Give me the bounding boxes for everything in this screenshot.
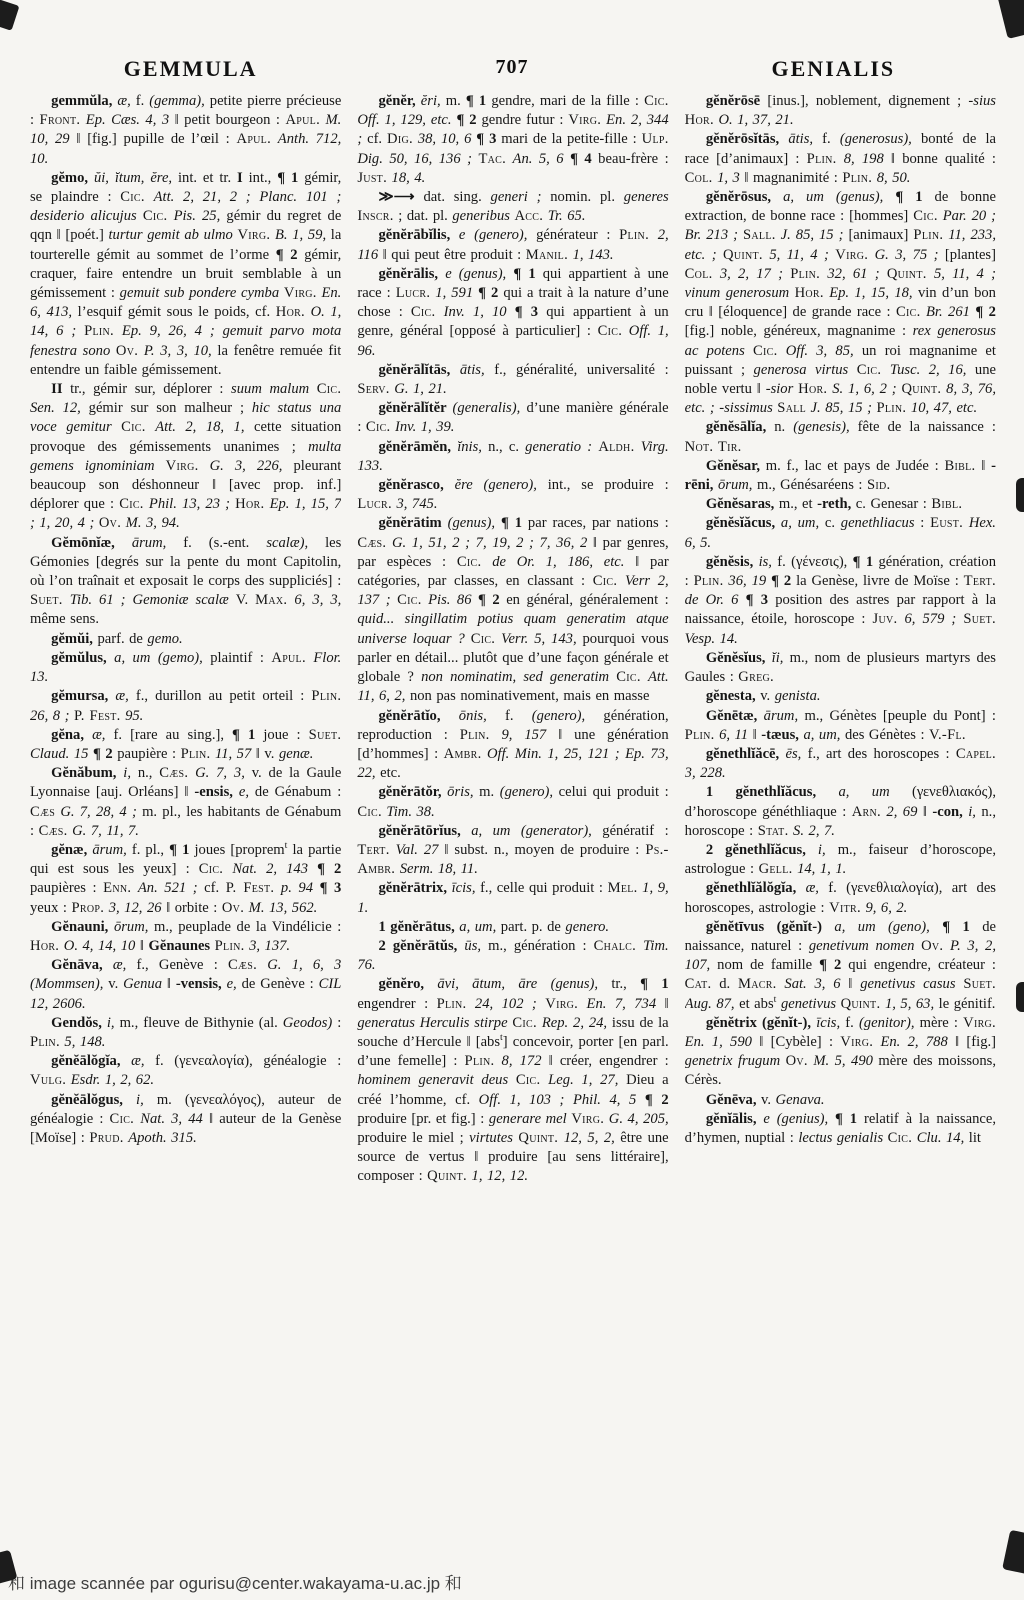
text-segment: ¶ 2 (276, 247, 298, 263)
text-segment: ¶ 1 (232, 727, 255, 743)
text-segment: Cic. (199, 861, 224, 877)
text-segment: G. 7, 28, 4 ; (60, 804, 137, 820)
text-segment: genero. (565, 919, 609, 935)
text-segment: génératif : (592, 823, 669, 839)
text-segment (199, 458, 210, 474)
text-segment: Cic. (512, 1015, 537, 1031)
text-segment: ‖ subst. n., moyen de produire : (438, 842, 645, 858)
text-segment: 24, 102 ; (475, 996, 537, 1012)
text-segment (641, 669, 648, 685)
text-segment: gĕnĕrōsĭtās, (706, 131, 789, 147)
text-segment: S. 1, 6, 2 ; (832, 381, 896, 397)
text-segment: 36, 19 (728, 573, 766, 589)
text-segment: gĕnĕrālis, (378, 266, 445, 282)
text-segment: -vensis, (176, 976, 227, 992)
text-segment: Cic. (119, 496, 144, 512)
text-segment: Tert. (357, 842, 389, 858)
text-segment: Plin. (460, 727, 490, 743)
text-segment: -reth, (817, 496, 851, 512)
text-segment (507, 304, 515, 320)
text-segment: āvi, ātum, āre (genus), (437, 976, 598, 992)
text-segment: generare mel (489, 1111, 571, 1127)
text-segment: Bibl. (945, 458, 976, 474)
text-segment: ¶ 1 (277, 170, 298, 186)
text-segment: Capel. (956, 746, 996, 762)
text-segment: Cæs (30, 804, 55, 820)
text-segment: i, (818, 842, 826, 858)
text-segment: Plin. (790, 266, 820, 282)
text-segment: genista. (775, 688, 821, 704)
text-segment: ‖ (656, 996, 669, 1012)
text-segment: f. (131, 93, 150, 109)
text-segment: Suet. (309, 727, 342, 743)
text-segment: e, (227, 976, 237, 992)
text-segment: 8, 172 (502, 1053, 542, 1069)
text-segment: gĕmursa, (51, 688, 115, 704)
text-segment: Hor. (276, 304, 305, 320)
text-segment: etc. (376, 765, 401, 781)
text-segment: Cic. (397, 592, 422, 608)
text-segment: a, um, (459, 919, 496, 935)
dictionary-entry: gĕnethlĭăcē, ēs, f., art des horoscopes … (685, 745, 996, 783)
text-segment: Virg. (835, 247, 868, 263)
text-segment: a, um, (781, 515, 819, 531)
text-segment: Apul. (271, 650, 306, 666)
text-segment: Virg. (568, 112, 601, 128)
text-segment: Cic. (753, 343, 778, 359)
text-segment: ¶ 1 (501, 515, 522, 531)
text-segment: c. (819, 515, 841, 531)
text-segment: gĕnĕālŏgus, (51, 1092, 136, 1108)
text-segment: Plin. (876, 400, 906, 416)
text-segment: Prud. (89, 1130, 123, 1146)
dictionary-entry: II tr., gémir sur, déplorer : suum malum… (30, 380, 341, 534)
text-segment: gémir sur son malheur ; (81, 400, 252, 416)
text-segment: n., c. (482, 439, 525, 455)
text-segment: ārum, (92, 842, 126, 858)
text-segment: M. 3, 94. (126, 515, 180, 531)
text-segment: ātis, (788, 131, 813, 147)
text-segment: Quint. (841, 996, 881, 1012)
text-segment: gendre futur : (477, 112, 569, 128)
text-segment: f., Genève : (126, 957, 228, 973)
text-segment: f. (γένεσις), (772, 554, 853, 570)
text-segment: Prop. (71, 900, 104, 916)
text-segment (880, 266, 887, 282)
dictionary-entry: gĕnĕro, āvi, ātum, āre (genus), tr., ¶ 1… (357, 975, 668, 1186)
dictionary-page: GEMMULA 707 GENIALIS gemmŭla, æ, f. (gem… (0, 0, 1024, 1600)
dictionary-entry: gĕnĕr, ĕri, m. ¶ 1 gendre, mari de la fi… (357, 92, 668, 188)
dictionary-entry: gĕnĕsālĭa, n. (genesis), fête de la nais… (685, 418, 996, 456)
text-segment: gĕnĕsĭăcus, (706, 515, 781, 531)
text-segment (223, 861, 232, 877)
text-segment: ¶ 2 (456, 112, 476, 128)
text-segment: (genero), (500, 784, 553, 800)
text-segment: Rep. 2, 24, (542, 1015, 607, 1031)
text-segment: i, (107, 1015, 115, 1031)
text-segment: a, um (genus), (783, 189, 883, 205)
text-segment: [plantes] (938, 247, 996, 263)
text-segment: l’esquif gémit sous le poids, cf. (72, 304, 276, 320)
text-segment: Ep. 1, 15, 18, (829, 285, 912, 301)
text-segment: Cic. (857, 362, 882, 378)
text-segment: Sall (777, 400, 806, 416)
text-segment: Plin. (685, 727, 715, 743)
scan-artifact-right-upper (1016, 478, 1024, 512)
text-segment: G. 1, 21. (394, 381, 446, 397)
text-segment: ¶ 2 (317, 861, 341, 877)
text-segment: n. (766, 419, 793, 435)
dictionary-entry: gĕnæ, ārum, f. pl., ¶ 1 joues [propremt … (30, 841, 341, 918)
text-segment: Ov. (786, 1053, 808, 1069)
text-segment: a, um, (803, 727, 840, 743)
text-segment (837, 151, 844, 167)
text-segment: gĕnĕro, (378, 976, 437, 992)
scan-artifact-bottom-left (0, 1550, 18, 1585)
text-segment: S. 2, 7. (793, 823, 835, 839)
text-segment: 95. (125, 708, 143, 724)
text-segment: scalæ), (266, 535, 308, 551)
text-segment: Gĕnauni, (51, 919, 114, 935)
text-segment: Hor. (685, 112, 714, 128)
text-segment: f., généralité, universalité : (485, 362, 669, 378)
text-segment: ¶ 3 (476, 131, 496, 147)
text-segment: Vitr. (829, 900, 861, 916)
text-segment: -tæus, (761, 727, 803, 743)
text-segment: Val. 27 (396, 842, 439, 858)
text-segment: ĕri, (421, 93, 441, 109)
text-segment: Plin. (215, 938, 245, 954)
text-segment (778, 343, 786, 359)
text-segment: ‖ [fig.] pupille de l’œil : (70, 131, 237, 147)
text-segment: Gĕnĕsar, (706, 458, 760, 474)
text-segment: par races, par nations : (522, 515, 669, 531)
text-segment: Chalc. (594, 938, 636, 954)
dictionary-entry: gĕnĕsis, is, f. (γένεσις), ¶ 1 génératio… (685, 553, 996, 649)
text-segment: J. 85, 15 ; (811, 400, 872, 416)
text-segment: p. 94 (281, 880, 313, 896)
text-segment: e (genius), (763, 1111, 828, 1127)
text-segment: f. (γενεαλογία), généalogie : (145, 1053, 342, 1069)
text-segment: yeux : (30, 900, 71, 916)
dictionary-entry: Gendŏs, i, m., fleuve de Bithynie (al. G… (30, 1014, 341, 1052)
text-segment: gĕnæ, (51, 842, 92, 858)
text-segment: Suet. (963, 611, 996, 627)
text-segment: Cic. (121, 419, 146, 435)
text-segment: ‖ (975, 458, 991, 474)
dictionary-entry: gĕmursa, æ, f., durillon au petit orteil… (30, 687, 341, 725)
text-segment: gendre, mari de la fille : (486, 93, 644, 109)
text-segment: Cat. (685, 976, 712, 992)
text-segment: Max. (255, 592, 287, 608)
text-segment: Cic. (913, 208, 938, 224)
text-segment: Suet. (30, 592, 63, 608)
text-segment: Virg. (545, 996, 578, 1012)
text-segment: Col. (685, 170, 713, 186)
text-segment: Virg. (237, 227, 270, 243)
text-segment: M. 5, 490 (813, 1053, 873, 1069)
text-segment (617, 573, 625, 589)
text-segment: et abs (735, 996, 774, 1012)
text-segment: Apul. (285, 112, 320, 128)
text-segment: gĕmŭlus, (51, 650, 114, 666)
text-segment: Plin. (465, 1053, 495, 1069)
text-segment: int. et tr. (172, 170, 237, 186)
text-segment (481, 554, 492, 570)
text-segment: ‖ magnanimité : (740, 170, 842, 186)
scan-artifact-top-right (997, 0, 1024, 39)
text-segment: Plin. (842, 170, 872, 186)
text-segment (578, 996, 586, 1012)
text-segment: gĕnĕrōsē (706, 93, 768, 109)
text-segment: æ, (806, 880, 819, 896)
text-segment: la Genèse, livre de Moïse : (791, 573, 964, 589)
text-segment: Inv. 1, 39. (395, 419, 454, 435)
text-segment: Bibl. (931, 496, 962, 512)
text-segment: Clu. 14, (917, 1130, 965, 1146)
text-segment (883, 189, 895, 205)
text-segment: Cic. (317, 381, 342, 397)
text-segment: Just. (357, 170, 387, 186)
text-segment: genetivus (781, 996, 841, 1012)
text-segment: B. 1, 59, (275, 227, 326, 243)
text-segment: Not. Tir. (685, 439, 742, 455)
text-segment: gĕmo, (51, 170, 94, 186)
text-segment: gĕnethlĭălŏgĭa, (706, 880, 806, 896)
text-segment: m., fleuve de Bithynie (al. (115, 1015, 283, 1031)
text-segment: gemuit sub pondere cymba (120, 285, 284, 301)
text-segment: Virg. (963, 1015, 996, 1031)
text-segment: [inus.], noblement, dignement ; (767, 93, 968, 109)
text-segment: Lucr. (396, 285, 431, 301)
text-segment: celui qui produit : (553, 784, 669, 800)
text-segment: produire [pr. et fig.] : (357, 1111, 489, 1127)
dictionary-entry: Gĕnētæ, ārum, m., Génètes [peuple du Pon… (685, 707, 996, 745)
text-segment: 6, 3, 3, (294, 592, 341, 608)
text-segment: ‖ v. (251, 746, 279, 762)
text-segment: part. p. de (496, 919, 565, 935)
text-segment: ¶ 1 (640, 976, 669, 992)
text-segment: a, um (geno), (834, 919, 929, 935)
text-segment (636, 1092, 645, 1108)
text-segment: ¶ 1 (169, 842, 189, 858)
text-segment: ¶ 1 (466, 93, 486, 109)
text-segment: ārum, (764, 708, 798, 724)
text-segment: genetivus casus (860, 976, 963, 992)
text-segment: Hor. (795, 285, 824, 301)
text-segment: Ambr. (444, 746, 482, 762)
text-segment (76, 323, 84, 339)
text-segment: lectus genialis (798, 1130, 887, 1146)
text-segment: Suet. (963, 976, 996, 992)
text-segment: ŭi, ĭtum, ĕre, (94, 170, 172, 186)
text-segment: īcis, (452, 880, 476, 896)
text-segment: f., durillon au petit orteil : (129, 688, 312, 704)
text-segment: m., peuplade de la Vindélicie : (148, 919, 341, 935)
text-segment: Cic. (896, 304, 921, 320)
text-segment: ūs, (464, 938, 481, 954)
text-segment: ‖ (917, 804, 932, 820)
text-segment: Pis. 86 (428, 592, 471, 608)
text-columns: gemmŭla, æ, f. (gemma), petite pierre pr… (30, 92, 996, 1530)
text-segment: gĕnĕrātrix, (378, 880, 451, 896)
dictionary-entry: gĕnĕrālĭtĕr (generalis), d’une manière g… (357, 399, 668, 437)
text-segment: Gĕnētæ, (706, 708, 764, 724)
text-segment (145, 189, 154, 205)
text-segment: e (genus), (445, 266, 506, 282)
dictionary-entry: gĕmo, ŭi, ĭtum, ĕre, int. et tr. I int.,… (30, 169, 341, 380)
text-segment: Plin. (913, 227, 943, 243)
text-segment: G. 3, 226, (210, 458, 283, 474)
text-segment: i, (136, 1092, 144, 1108)
text-segment: ōrum, (718, 477, 752, 493)
text-segment: Off. 3, 85, (786, 343, 854, 359)
text-segment: suum malum (231, 381, 317, 397)
text-segment: Plin. (311, 688, 341, 704)
text-segment (146, 419, 156, 435)
text-segment: Eust. (930, 515, 963, 531)
dictionary-entry: gĕnĕrālĭtās, ātis, f., généralité, unive… (357, 361, 668, 399)
dictionary-entry: gĕnĕtīvus (gĕnĭt-) a, um (geno), ¶ 1 de … (685, 918, 996, 1014)
text-segment: Cic. (616, 669, 641, 685)
text-segment: nom de famille (710, 957, 819, 973)
text-segment: æ, (115, 688, 128, 704)
text-segment: Tib. 61 ; Gemoniæ scalæ (70, 592, 236, 608)
text-segment: Virg. (571, 1111, 604, 1127)
dictionary-entry: gĕnethlĭălŏgĭa, æ, f. (γενεθλιαλογία), a… (685, 879, 996, 917)
text-segment (494, 1053, 501, 1069)
text-segment (257, 957, 267, 973)
text-segment (540, 1072, 548, 1088)
text-segment: (gemma), (149, 93, 205, 109)
text-segment (649, 227, 658, 243)
text-segment: Cic. (143, 208, 168, 224)
text-segment: ‖ orbite : (162, 900, 222, 916)
text-segment: Quint. (723, 247, 763, 263)
text-segment: e (genero), (459, 227, 528, 243)
text-segment: 1 gĕnĕrātus, (378, 919, 459, 935)
text-segment: genæ. (279, 746, 313, 762)
text-segment: Inscr. (357, 208, 393, 224)
text-segment: Cic. (357, 804, 382, 820)
text-segment: Cic. (110, 1111, 135, 1127)
text-segment: īcis, (816, 1015, 840, 1031)
text-segment: ¶ 2 (478, 592, 500, 608)
text-segment: Cic. (411, 304, 436, 320)
text-segment: 32, 61 ; (827, 266, 879, 282)
text-segment: f., celle qui produit : (475, 880, 607, 896)
text-segment: ‖ (162, 976, 176, 992)
text-segment: An. 521 ; (138, 880, 198, 896)
text-segment: -ensis, (194, 784, 238, 800)
text-segment: ēs, (785, 746, 801, 762)
text-segment (930, 919, 942, 935)
text-segment: ¶ 3 (746, 592, 768, 608)
text-segment: Plin. (30, 1034, 60, 1050)
text-segment: de Genève : (237, 976, 319, 992)
text-segment: Cæs. (357, 535, 386, 551)
text-segment: Att. 2, 18, 1, (155, 419, 244, 435)
text-segment: Cic. (457, 554, 482, 570)
dictionary-entry: gĕnĕrātōrĭus, a, um (generator), générat… (357, 822, 668, 880)
text-segment: Phil. 13, 23 ; (149, 496, 230, 512)
dictionary-entry: Gĕnĕsaras, m., et -reth, c. Genesar : Bi… (685, 495, 996, 514)
text-segment: i, (968, 804, 976, 820)
text-segment: gĕnĕrālĭtās, (378, 362, 459, 378)
text-segment: Sid. (867, 477, 891, 493)
text-segment: 2, 69 (886, 804, 917, 820)
text-segment: gĕnĕsālĭa, (706, 419, 766, 435)
text-segment: is, (759, 554, 772, 570)
text-segment: 1, 143. (573, 247, 614, 263)
text-segment: gĕnesta, (706, 688, 756, 704)
text-segment: gĕnĕrātĭo, (378, 708, 458, 724)
dictionary-entry: gĕnĕrasco, ĕre (genero), int., se produi… (357, 476, 668, 514)
text-segment: Ulp. (642, 131, 669, 147)
text-segment: Cic. (516, 1072, 541, 1088)
text-segment: Tert. (964, 573, 996, 589)
text-segment: Ov. (99, 515, 121, 531)
text-segment: ĭnis, (457, 439, 482, 455)
dictionary-entry: gĕmŭlus, a, um (gemo), plaintif : Apul. … (30, 649, 341, 687)
text-segment: gĕnĕrāmĕn, (378, 439, 457, 455)
text-segment: 1, 591 (435, 285, 473, 301)
text-segment: Apul. (236, 131, 271, 147)
dictionary-entry: gĕnesta, v. genista. (685, 687, 996, 706)
text-segment: n., (131, 765, 159, 781)
dictionary-entry: gĕnĕrātrix, īcis, f., celle qui produit … (357, 879, 668, 917)
text-segment: Serv. (357, 381, 389, 397)
text-segment: Plin. (807, 151, 837, 167)
text-segment: ōris, (447, 784, 473, 800)
text-segment: ‖ qui peut être produit : (378, 247, 526, 263)
text-segment: ¶ 1 (853, 554, 874, 570)
text-segment: Hor. (235, 496, 264, 512)
text-segment: Tac. (478, 151, 506, 167)
text-segment: Cic. (888, 1130, 913, 1146)
text-segment: ¶ 1 (895, 189, 922, 205)
text-segment: Sen. 12, (30, 400, 81, 416)
text-segment: G. 7, 11, 7. (72, 823, 139, 839)
text-segment: Vesp. 14. (685, 631, 738, 647)
text-segment: v. (756, 688, 775, 704)
text-segment: de Génabum : (249, 784, 341, 800)
text-segment: joues [proprem (189, 842, 284, 858)
text-segment: Plin. (694, 573, 724, 589)
text-segment: des Génètes : (840, 727, 929, 743)
text-segment: Quint. (427, 1168, 467, 1184)
text-segment: ‖ (841, 976, 861, 992)
text-segment: Cæs. (159, 765, 188, 781)
text-segment: de Or. 1, 186, etc. (492, 554, 624, 570)
text-segment: 9, 157 (502, 727, 547, 743)
text-segment: Plin. (84, 323, 114, 339)
text-segment: generatio : (525, 439, 592, 455)
text-segment: Gĕmōnĭæ, (51, 535, 132, 551)
text-segment: Claud. 15 (30, 746, 88, 762)
text-segment: 1, 5, 63, (885, 996, 934, 1012)
text-segment: : (915, 515, 931, 531)
text-segment: ¶ 3 (320, 880, 342, 896)
text-segment: Sat. 3, 6 (784, 976, 840, 992)
text-segment: m. (474, 784, 500, 800)
text-segment: Off. 1, 103 ; Phil. 4, 5 (479, 1092, 637, 1108)
column-3: gĕnĕrōsē [inus.], noblement, dignement ;… (685, 92, 996, 1530)
text-segment: Serm. 18, 11. (400, 861, 478, 877)
text-segment: Gĕnēva, (706, 1092, 757, 1108)
text-segment: Gĕnāva, (51, 957, 113, 973)
text-segment: en général, généralement : (500, 592, 669, 608)
